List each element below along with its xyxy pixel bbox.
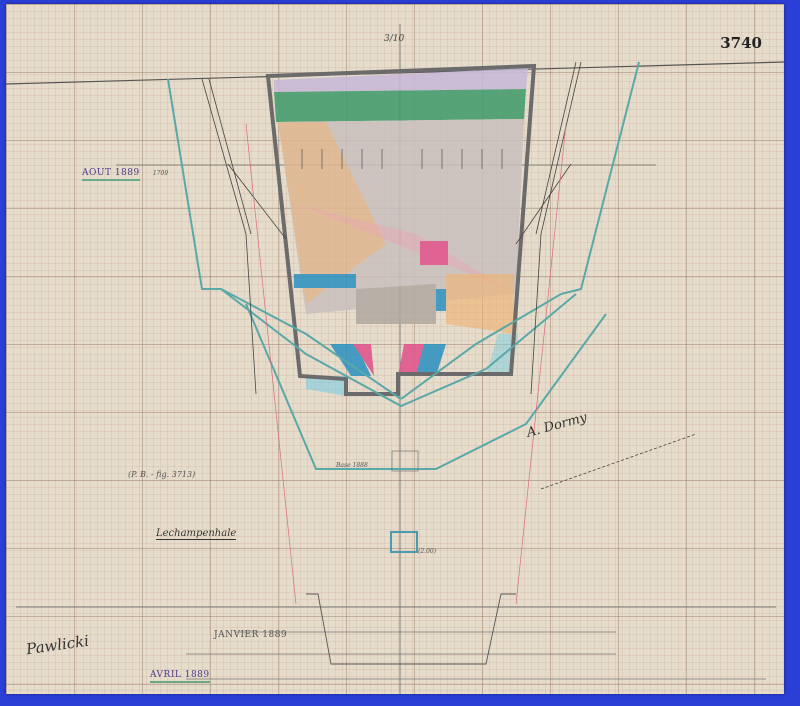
reference-note: (P. B. - fig. 3713) xyxy=(128,470,195,479)
janvier-date-label: JANVIER 1889 xyxy=(214,630,287,640)
aout-label-group: AOUT 1889 1709 xyxy=(82,160,168,179)
avril-date-label: AVRIL 1889 xyxy=(150,670,210,683)
drawing-sheet: 3740 3/10 AOUT 1889 1709 JANVIER 1889 AV… xyxy=(6,4,784,694)
aout-date-label: AOUT 1889 xyxy=(82,168,140,181)
signature-middle-left: Lechampenhale xyxy=(156,528,236,540)
cross-section-drawing xyxy=(6,4,784,694)
sheet-number: 3740 xyxy=(720,34,762,52)
top-annotation: 3/10 xyxy=(384,34,404,44)
base-label: Base 1888 xyxy=(336,462,368,469)
aout-value: 1709 xyxy=(153,170,168,177)
bottom-point-label: (2.00) xyxy=(418,548,436,555)
